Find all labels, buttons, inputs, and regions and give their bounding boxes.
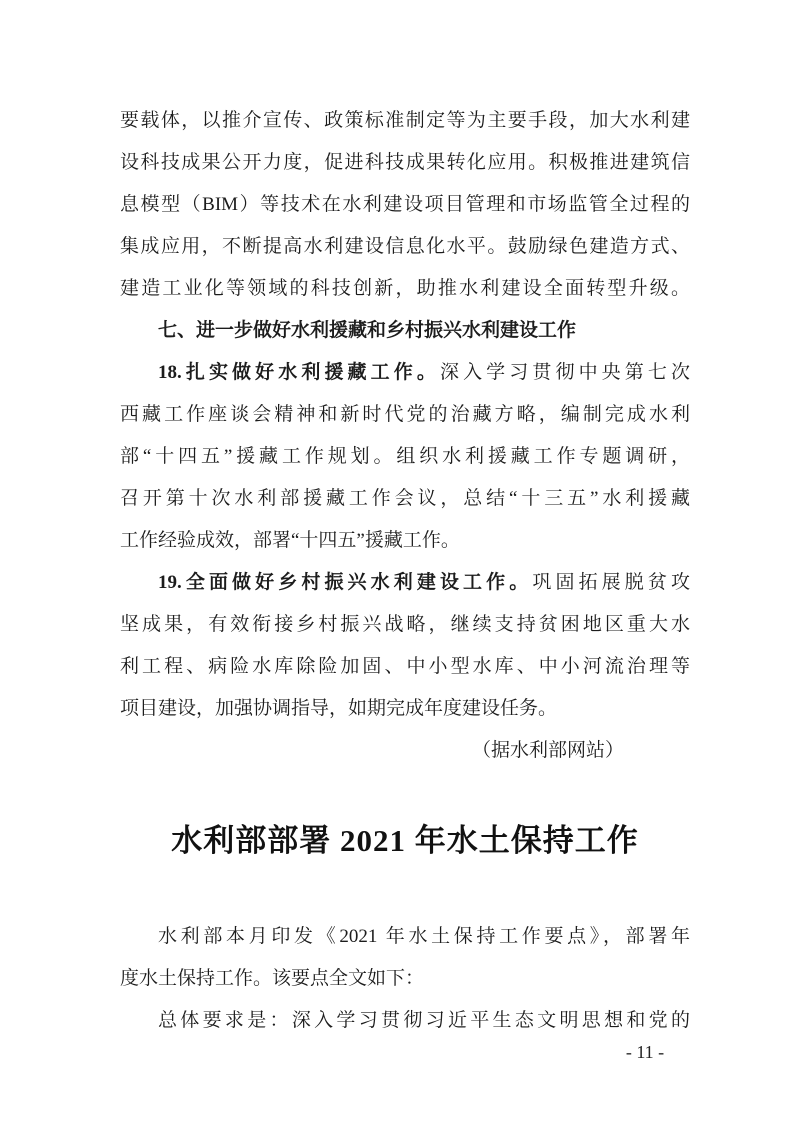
item-18-line: 18.扎实做好水利援藏工作。深入学习贯彻中央第七次 [120,352,690,394]
article-title: 水利部部署 2021 年水土保持工作 [120,818,690,864]
item-18-text: 深入学习贯彻中央第七次 [440,362,690,383]
source-attribution: （据水利部网站） [120,730,690,772]
item-19-line: 19.全面做好乡村振兴水利建设工作。巩固拓展脱贫攻 [120,562,690,604]
paragraph-line: 建造工业化等领域的科技创新，助推水利建设全面转型升级。 [120,268,690,310]
item-18-lead: 18.扎实做好水利援藏工作。 [158,362,440,383]
paragraph-line: 工作经验成效，部署“十四五”援藏工作。 [120,520,690,562]
paragraph-line: 利工程、病险水库除险加固、中小型水库、中小河流治理等 [120,646,690,688]
paragraph-line: 设科技成果公开力度，促进科技成果转化应用。积极推进建筑信 [120,142,690,184]
document-page: 要载体，以推介宣传、政策标准制定等为主要手段，加大水利建 设科技成果公开力度，促… [0,0,800,1131]
page-content: 要载体，以推介宣传、政策标准制定等为主要手段，加大水利建 设科技成果公开力度，促… [120,100,690,1042]
intro-line: 度水土保持工作。该要点全文如下： [120,958,690,1000]
paragraph-line: 集成应用，不断提高水利建设信息化水平。鼓励绿色建造方式、 [120,226,690,268]
intro-line: 水利部本月印发《2021 年水土保持工作要点》，部署年 [120,916,690,958]
item-19-text: 巩固拓展脱贫攻 [532,572,690,593]
paragraph-line: 西藏工作座谈会精神和新时代党的治藏方略，编制完成水利 [120,394,690,436]
paragraph-line: 息模型（BIM）等技术在水利建设项目管理和市场监管全过程的 [120,184,690,226]
paragraph-line: 坚成果，有效衔接乡村振兴战略，继续支持贫困地区重大水 [120,604,690,646]
body-line: 总体要求是：深入学习贯彻习近平生态文明思想和党的 [120,1000,690,1042]
item-19-lead: 19.全面做好乡村振兴水利建设工作。 [158,572,532,593]
paragraph-line: 项目建设，加强协调指导，如期完成年度建设任务。 [120,688,690,730]
paragraph-line: 召开第十次水利部援藏工作会议，总结“十三五”水利援藏 [120,478,690,520]
paragraph-line: 部“十四五”援藏工作规划。组织水利援藏工作专题调研， [120,436,690,478]
section-7-heading: 七、进一步做好水利援藏和乡村振兴水利建设工作 [120,310,690,352]
page-number: - 11 - [613,1040,677,1064]
paragraph-line: 要载体，以推介宣传、政策标准制定等为主要手段，加大水利建 [120,100,690,142]
